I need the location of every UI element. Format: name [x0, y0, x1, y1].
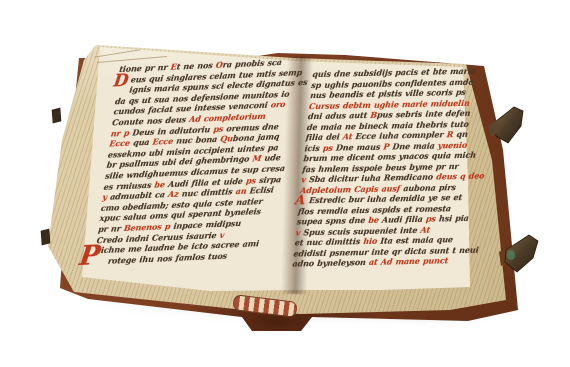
- right-initial-a: A: [294, 193, 306, 208]
- manuscript-photo: D P tione pr nr Et ne nos Ora pnobis sca…: [0, 0, 570, 367]
- left-initial-d: D: [112, 71, 129, 92]
- left-initial-p: P: [78, 240, 102, 272]
- left-catch-upper: [52, 108, 61, 123]
- right-page-text: A quis dne subsidijs pacis et bte maries…: [292, 64, 528, 268]
